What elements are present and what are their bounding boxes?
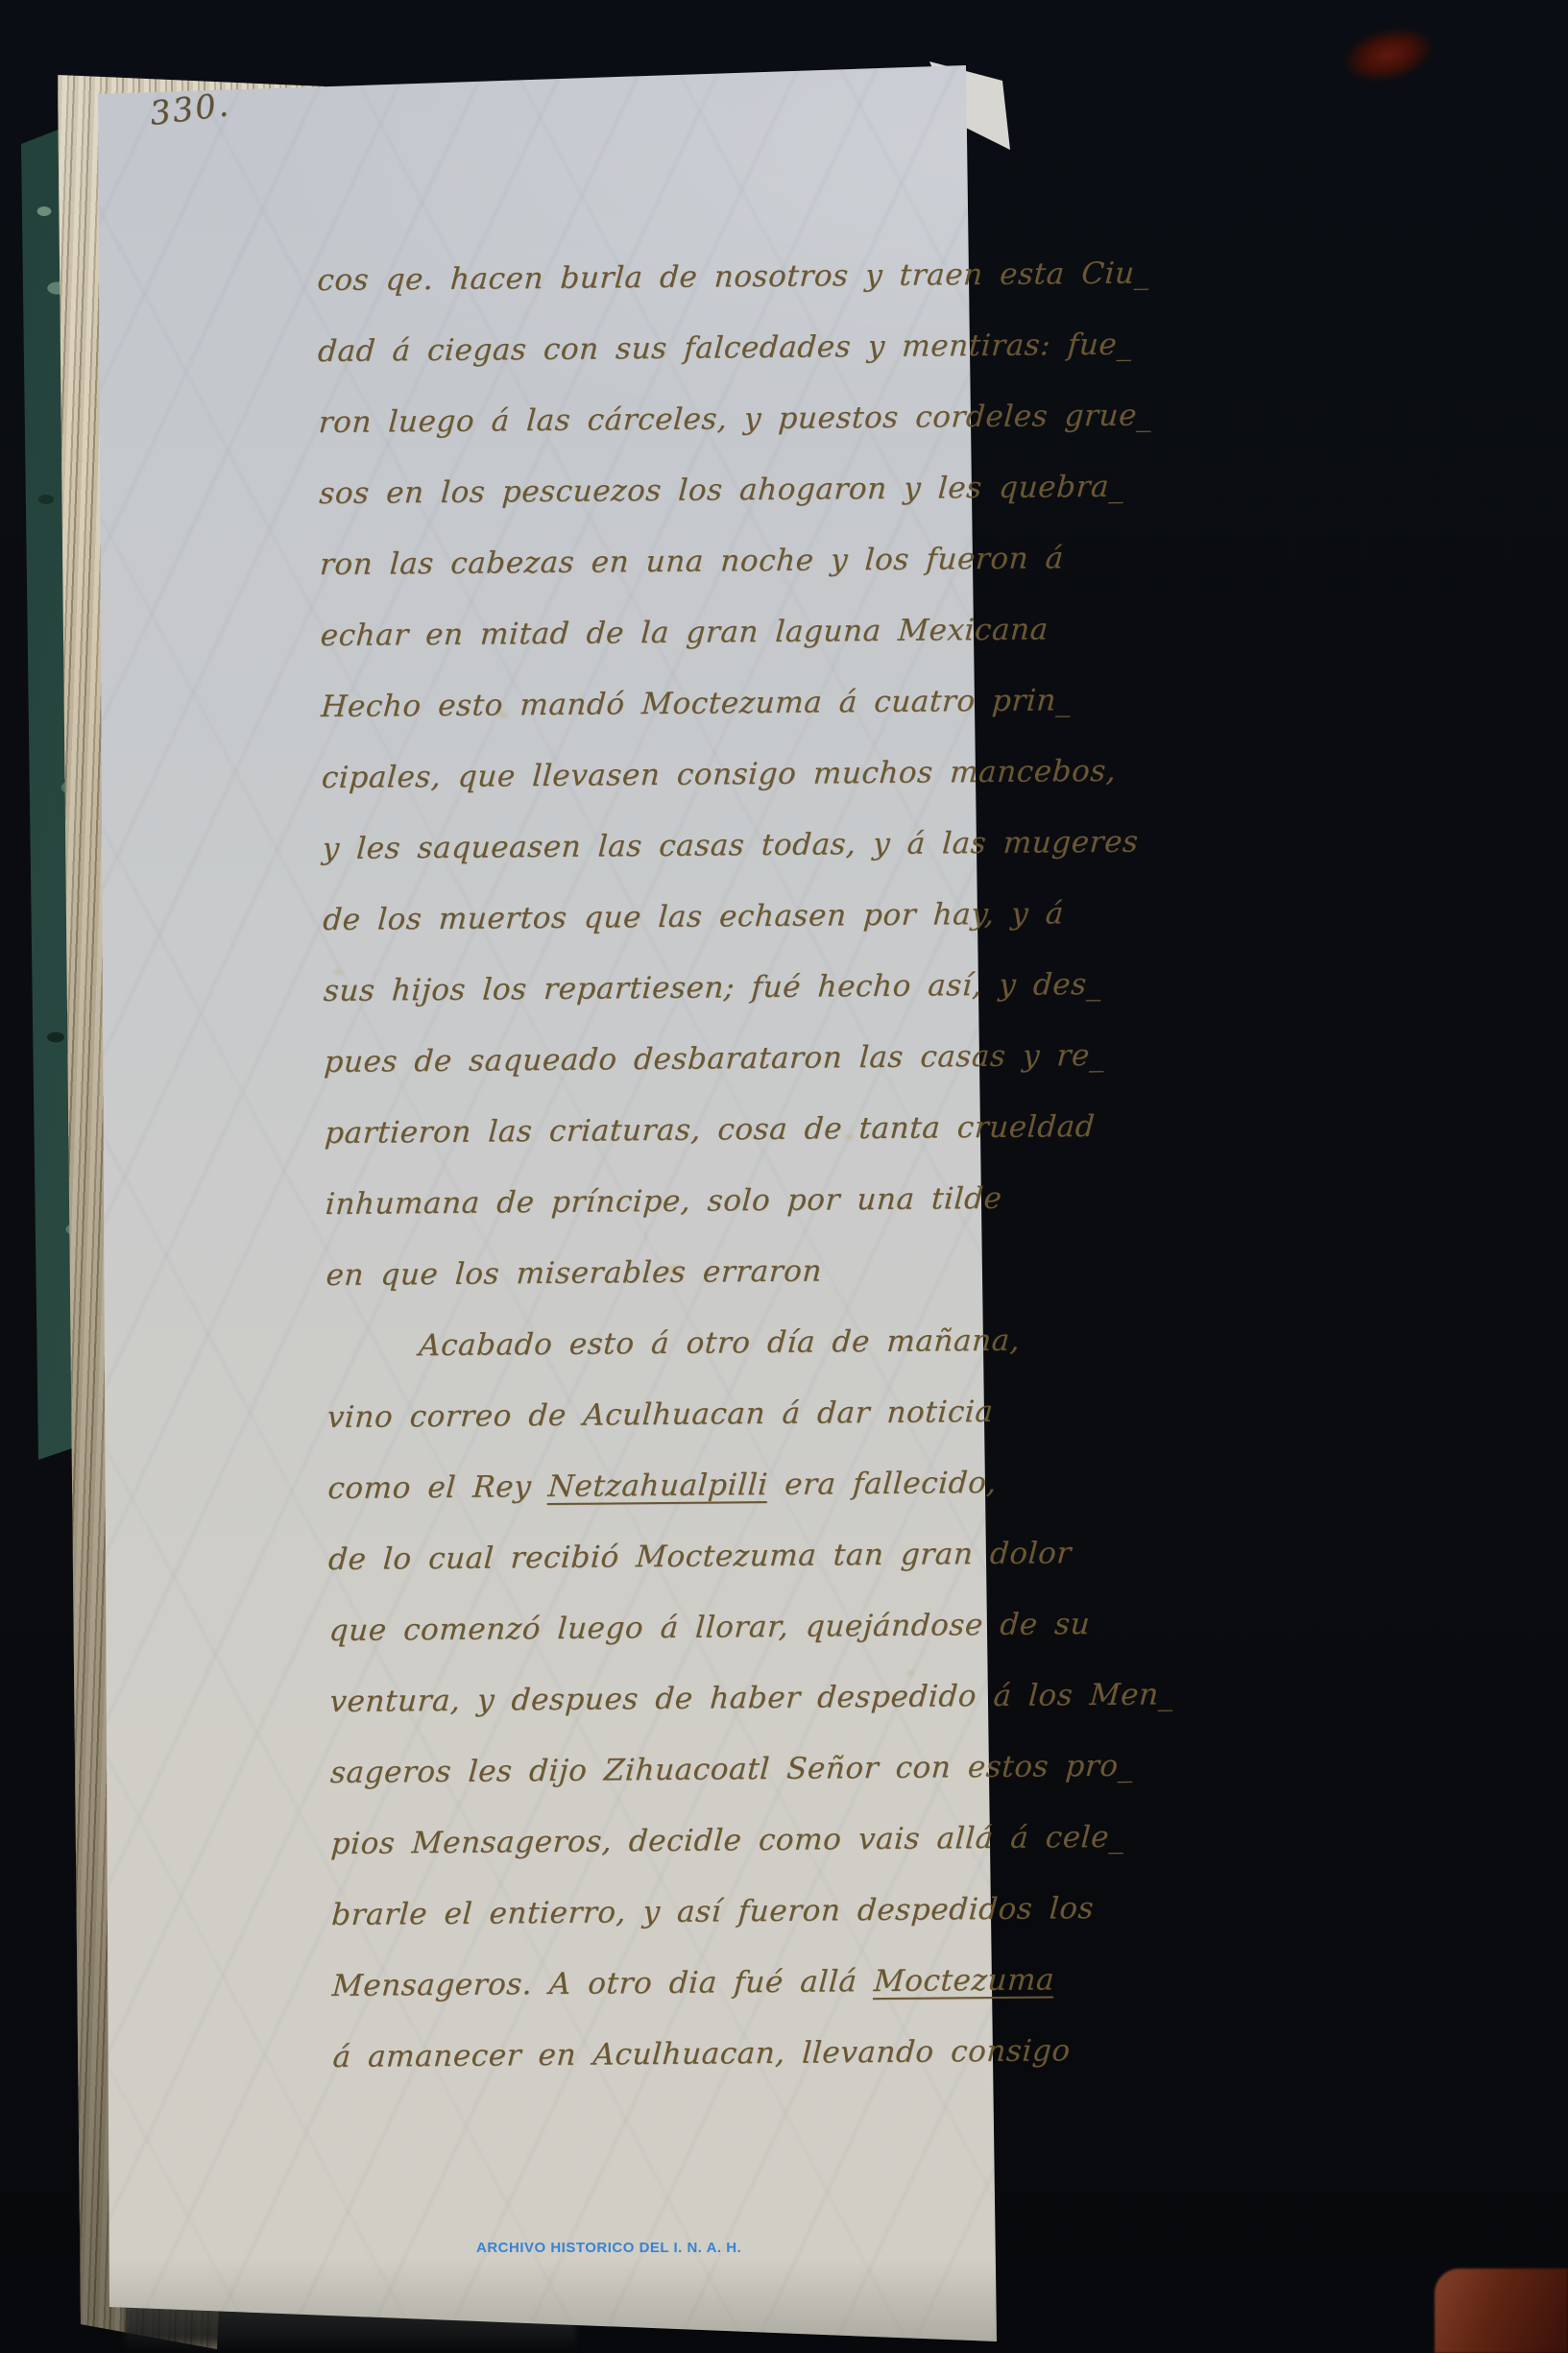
manuscript-line: partieron las criaturas, cosa de tanta c…: [323, 1092, 1000, 1169]
manuscript-line: ron las cabezas en una noche y los fuero…: [318, 523, 995, 600]
manuscript-line-text: en que los miserables erraron: [325, 1254, 823, 1294]
manuscript-line: sos en los pescuezos los ahogaron y les …: [317, 452, 994, 529]
handwritten-text-block: cos qe. hacen burla de nosotros y traen …: [315, 239, 1003, 2093]
manuscript-line-text: cos qe. hacen burla de nosotros y traen …: [316, 255, 1150, 298]
manuscript-line-text: ron las cabezas en una noche y los fuero…: [319, 541, 1065, 582]
manuscript-line-text: partieron las criaturas, cosa de tanta c…: [324, 1109, 1096, 1151]
manuscript-line-text: ron luego á las cárceles, y puestos cord…: [318, 398, 1154, 440]
manuscript-line-text: Mensageros. A otro dia fué allá Moctezum…: [331, 1962, 1055, 2003]
manuscript-line: que comenzó luego á llorar, quejándose d…: [327, 1589, 1004, 1666]
manuscript-line-text: dad á ciegas con sus falcedades y mentir…: [317, 327, 1134, 369]
table-object-top-right: [1338, 18, 1439, 91]
manuscript-line: echar en mitad de la gran laguna Mexican…: [318, 594, 995, 671]
manuscript-line-text: inhumana de príncipe, solo por una tilde: [325, 1181, 1003, 1222]
manuscript-line-text: pues de saqueado desbarataron las casas …: [324, 1038, 1107, 1079]
manuscript-line-text: echar en mitad de la gran laguna Mexican…: [320, 612, 1049, 653]
manuscript-line: de lo cual recibió Moctezuma tan gran do…: [326, 1518, 1003, 1595]
manuscript-line: Hecho esto mandó Moctezuma á cuatro prin…: [319, 666, 996, 742]
manuscript-photo: 330. cos qe. hacen burla de nosotros y t…: [0, 0, 1568, 2353]
manuscript-line: cos qe. hacen burla de nosotros y traen …: [315, 239, 992, 316]
manuscript-line-text: Acabado esto á otro día de mañana,: [418, 1323, 1021, 1363]
manuscript-line: brarle el entierro, y así fueron despedi…: [329, 1874, 1006, 1951]
book-board-corner-bottom-right: [1435, 2268, 1568, 2353]
manuscript-line-text: de los muertos que las echasen por hay, …: [322, 896, 1065, 937]
manuscript-line: Mensageros. A otro dia fué allá Moctezum…: [330, 1945, 1007, 2022]
manuscript-line-text: de lo cual recibió Moctezuma tan gran do…: [327, 1536, 1073, 1577]
manuscript-line: sageros les dijo Zihuacoatl Señor con es…: [328, 1732, 1005, 1808]
manuscript-line-text: como el Rey Netzahualpilli era fallecido…: [326, 1466, 998, 1506]
manuscript-line-text: y les saqueasen las casas todas, y á las…: [322, 825, 1140, 866]
manuscript-line: y les saqueasen las casas todas, y á las…: [320, 808, 997, 885]
manuscript-line: ron luego á las cárceles, y puestos cord…: [317, 381, 994, 458]
manuscript-line: pues de saqueado desbarataron las casas …: [322, 1021, 999, 1098]
manuscript-line-text: ventura, y despues de haber despedido á …: [328, 1677, 1175, 1719]
manuscript-line-text: pios Mensageros, decidle como vais allá …: [330, 1820, 1126, 1861]
manuscript-line-text: Hecho esto mandó Moctezuma á cuatro prin…: [320, 683, 1073, 724]
manuscript-line: vino correo de Aculhuacan á dar noticia: [326, 1376, 1002, 1453]
manuscript-line: ventura, y despues de haber despedido á …: [327, 1661, 1004, 1737]
manuscript-line: inhumana de príncipe, solo por una tilde: [324, 1163, 1001, 1240]
manuscript-line-text: brarle el entierro, y así fueron despedi…: [330, 1891, 1095, 1932]
manuscript-line-text: vino correo de Aculhuacan á dar noticia: [326, 1395, 995, 1435]
manuscript-line: de los muertos que las echasen por hay, …: [321, 879, 998, 956]
manuscript-line: pios Mensageros, decidle como vais allá …: [328, 1803, 1005, 1880]
manuscript-line: como el Rey Netzahualpilli era fallecido…: [326, 1447, 1002, 1524]
manuscript-line-text: sus hijos los repartiesen; fué hecho así…: [323, 967, 1103, 1008]
manuscript-line: dad á ciegas con sus falcedades y mentir…: [316, 310, 993, 387]
manuscript-line-text: sageros les dijo Zihuacoatl Señor con es…: [329, 1749, 1135, 1790]
manuscript-line: á amanecer en Aculhuacan, llevando consi…: [330, 2016, 1007, 2093]
manuscript-line-text: sos en los pescuezos los ahogaron y les …: [318, 470, 1125, 511]
archive-stamp: ARCHIVO HISTORICO DEL I. N. A. H.: [476, 2240, 741, 2256]
manuscript-line: sus hijos los repartiesen; fué hecho así…: [322, 950, 999, 1027]
manuscript-line: cipales, que llevasen consigo muchos man…: [320, 737, 997, 813]
manuscript-line-text: que comenzó luego á llorar, quejándose d…: [328, 1607, 1092, 1648]
manuscript-line: en que los miserables erraron: [324, 1234, 1001, 1311]
manuscript-line-text: á amanecer en Aculhuacan, llevando consi…: [332, 2033, 1072, 2074]
manuscript-line: Acabado esto á otro día de mañana,: [325, 1305, 1001, 1382]
manuscript-line-text: cipales, que llevasen consigo muchos man…: [321, 754, 1118, 795]
